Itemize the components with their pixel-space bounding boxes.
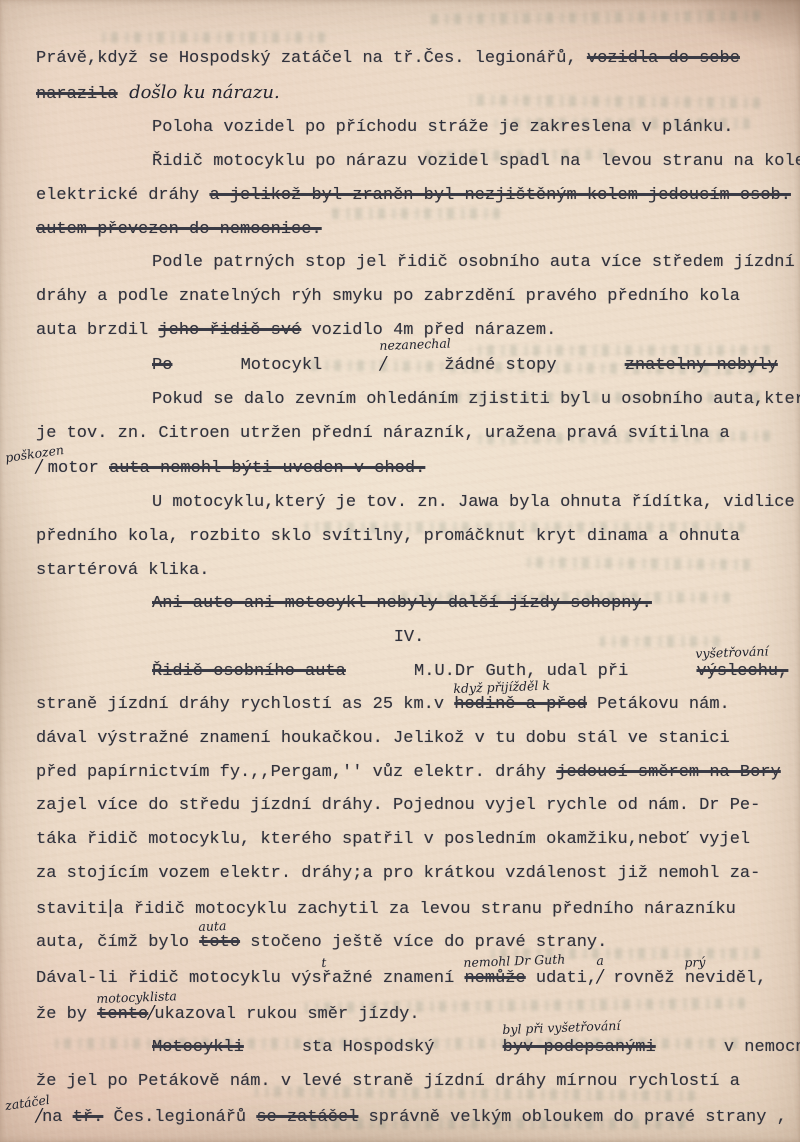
typed-line: Motocyklista Hospodský byv podepsanýmiby… (36, 1031, 782, 1065)
handwritten-annotation: motocyklista (96, 979, 178, 1015)
struck-text: jeho řidič své (158, 321, 301, 340)
typed-text: staviti (36, 900, 107, 919)
handwritten-annotation: t (320, 946, 326, 980)
typed-text: rovněž (603, 969, 685, 988)
handwritten-annotation: prý (684, 945, 706, 979)
typed-line: předního kola, rozbito sklo svítilny, pr… (36, 520, 782, 554)
typed-text: straně jízdní dráhy rychlostí as 25 km.v (36, 695, 454, 714)
struck-text: Motocykli (152, 1038, 244, 1057)
typed-line: staviti|a řidič motocyklu zachytil za le… (36, 891, 782, 927)
typed-text: sta Hospodský (302, 1038, 445, 1057)
typed-text: U motocyklu,který je tov. zn. Jawa byla … (152, 493, 795, 512)
typed-text: žádné stopy (444, 356, 566, 375)
struck-text: se zatáčel (256, 1108, 358, 1127)
typed-line: zajel více do středu jízdní dráhy. Pojed… (36, 789, 782, 823)
typed-line: za stojícím vozem elektr. dráhy;a pro kr… (36, 857, 782, 891)
typed-text: že by (36, 1005, 97, 1024)
handwritten-annotation: když přijížděl k (453, 669, 551, 706)
typed-text: Motocykl (230, 356, 322, 375)
struck-text: a jelikož byl zraněn byl nezjištěným kol… (209, 186, 791, 205)
typed-text: správně velkým obloukem do pravé strany … (358, 1108, 786, 1127)
document-page: Právě,když se Hospodský zatáčel na tř.Če… (0, 0, 800, 1142)
typed-text: za stojícím vozem elektr. dráhy;a pro kr… (36, 864, 760, 883)
struck-text: auta nemohl býti uveden v chod. (109, 459, 425, 478)
typed-text: Podle patrných stop jel řidič osobního a… (152, 253, 795, 272)
struck-text: narazila (36, 85, 118, 104)
typed-text: Právě,když se Hospodský zatáčel na tř.Če… (36, 49, 587, 68)
handwritten-annotation: a (596, 944, 605, 978)
typed-text: táka řidič motocyklu, kterého spatřil v … (36, 830, 750, 849)
typed-text: IV. (394, 628, 425, 647)
struck-text: tř. (73, 1108, 104, 1127)
typed-text: dával výstražné znamení houkačkou. Jelik… (36, 729, 730, 748)
struck-text: vozidla do sebe (587, 49, 740, 68)
typed-line: auta, čímž bylo totoauta stočeno ještě v… (36, 926, 782, 960)
typed-line: Ani auto ani motocykl nebyly další jízdy… (36, 587, 782, 621)
typed-text: auta brzdil (36, 321, 158, 340)
typed-line: Pokud se dalo zevním ohledáním zjistiti … (36, 383, 782, 417)
struck-text: Řidič osobního auta (152, 662, 346, 681)
typed-text: je tov. zn. Citroen utržen přední nárazn… (36, 424, 730, 443)
typed-line: dával výstražné znamení houkačkou. Jelik… (36, 722, 782, 756)
typed-text: Pokud se dalo zevním ohledáním zjistiti … (152, 390, 800, 409)
typed-text: auta, čímž bylo (36, 933, 199, 952)
typed-line: že jel po Petákově nám. v levé straně jí… (36, 1065, 782, 1099)
typed-line: Řidič motocyklu po nárazu vozidel spadl … (36, 145, 782, 179)
struck-text: znatelny nebyly (625, 356, 778, 375)
typed-text: Poloha vozidel po příchodu stráže je zak… (152, 118, 734, 137)
struck-text: Po (152, 356, 172, 375)
handwritten-mark: došlo ku nárazu. (118, 82, 280, 103)
typed-line: před papírnictvím fy.,,Pergam,'' vůz ele… (36, 756, 782, 790)
typed-line: Řidič osobního auta M.U.Dr Guth, udal př… (36, 655, 782, 689)
typed-line: poškozen/ motor auta nemohl býti uveden … (36, 450, 782, 486)
typed-line: straně jízdní dráhy rychlostí as 25 km.v… (36, 688, 782, 722)
typed-text: dráhy a podle znatelných rýh smyku po za… (36, 287, 740, 306)
typed-text: ukazoval rukou směr jízdy. (154, 1005, 419, 1024)
handwritten-annotation: nezanechal (321, 327, 452, 365)
handwritten-annotation: nemohl Dr Guth (463, 942, 566, 979)
typed-line: že by tentomotocyklista/ukazoval rukou s… (36, 996, 782, 1032)
typed-line: Podle patrných stop jel řidič osobního a… (36, 246, 782, 280)
typed-text-block: Právě,když se Hospodský zatáčel na tř.Če… (0, 0, 800, 1142)
typed-line: Poloha vozidel po příchodu stráže je zak… (36, 111, 782, 145)
typed-text: startérová klika. (36, 561, 209, 580)
typed-text: elektrické dráhy (36, 186, 209, 205)
typed-text: že jel po Petákově nám. v levé straně jí… (36, 1072, 740, 1091)
handwritten-annotation: byl při vyšetřování (443, 1009, 620, 1049)
struck-text: jedoucí směrem na Bory (556, 763, 780, 782)
typed-text: předního kola, rozbito sklo svítilny, pr… (36, 527, 740, 546)
typed-line: je tov. zn. Citroen utržen přední nárazn… (36, 417, 782, 451)
typed-text: v nemocnici (714, 1038, 800, 1057)
typed-line: elektrické dráhy a jelikož byl zraněn by… (36, 179, 782, 213)
typed-line: U motocyklu,který je tov. zn. Jawa byla … (36, 486, 782, 520)
typed-line: autem převezen do nemocnice. (36, 213, 782, 247)
typed-text: řažné znamení (322, 969, 465, 988)
struck-text: Ani auto ani motocykl nebyly další jízdy… (152, 594, 652, 613)
typed-line: dráhy a podle znatelných rýh smyku po za… (36, 280, 782, 314)
typed-line: zatáčel/na tř. Čes.legionářů se zatáčel … (36, 1099, 782, 1135)
typed-text: Řidič motocyklu po nárazu vozidel spadl … (152, 152, 800, 171)
typed-text: zajel více do středu jízdní dráhy. Pojed… (36, 796, 760, 815)
handwritten-annotation: auta (198, 909, 227, 944)
struck-text: autem převezen do nemocnice. (36, 220, 322, 239)
typed-text: Dával-li řidič motocyklu výs (36, 969, 322, 988)
typed-line: Právě,když se Hospodský zatáčel na tř.Če… (36, 42, 782, 76)
typed-line: narazila došlo ku nárazu. (36, 76, 782, 112)
typed-line: Po Motocykl/nezanechalžádné stopy znatel… (36, 347, 782, 383)
handwritten-margin-note: zatáčel (3, 1083, 52, 1123)
handwritten-annotation: vyšetřování (637, 634, 769, 672)
typed-text: před papírnictvím fy.,,Pergam,'' vůz ele… (36, 763, 556, 782)
typed-line: startérová klika. (36, 554, 782, 588)
typed-line: táka řidič motocyklu, kterého spatřil v … (36, 823, 782, 857)
typed-text: Petákovu nám. (587, 695, 730, 714)
typed-text: Čes.legionářů (103, 1108, 256, 1127)
